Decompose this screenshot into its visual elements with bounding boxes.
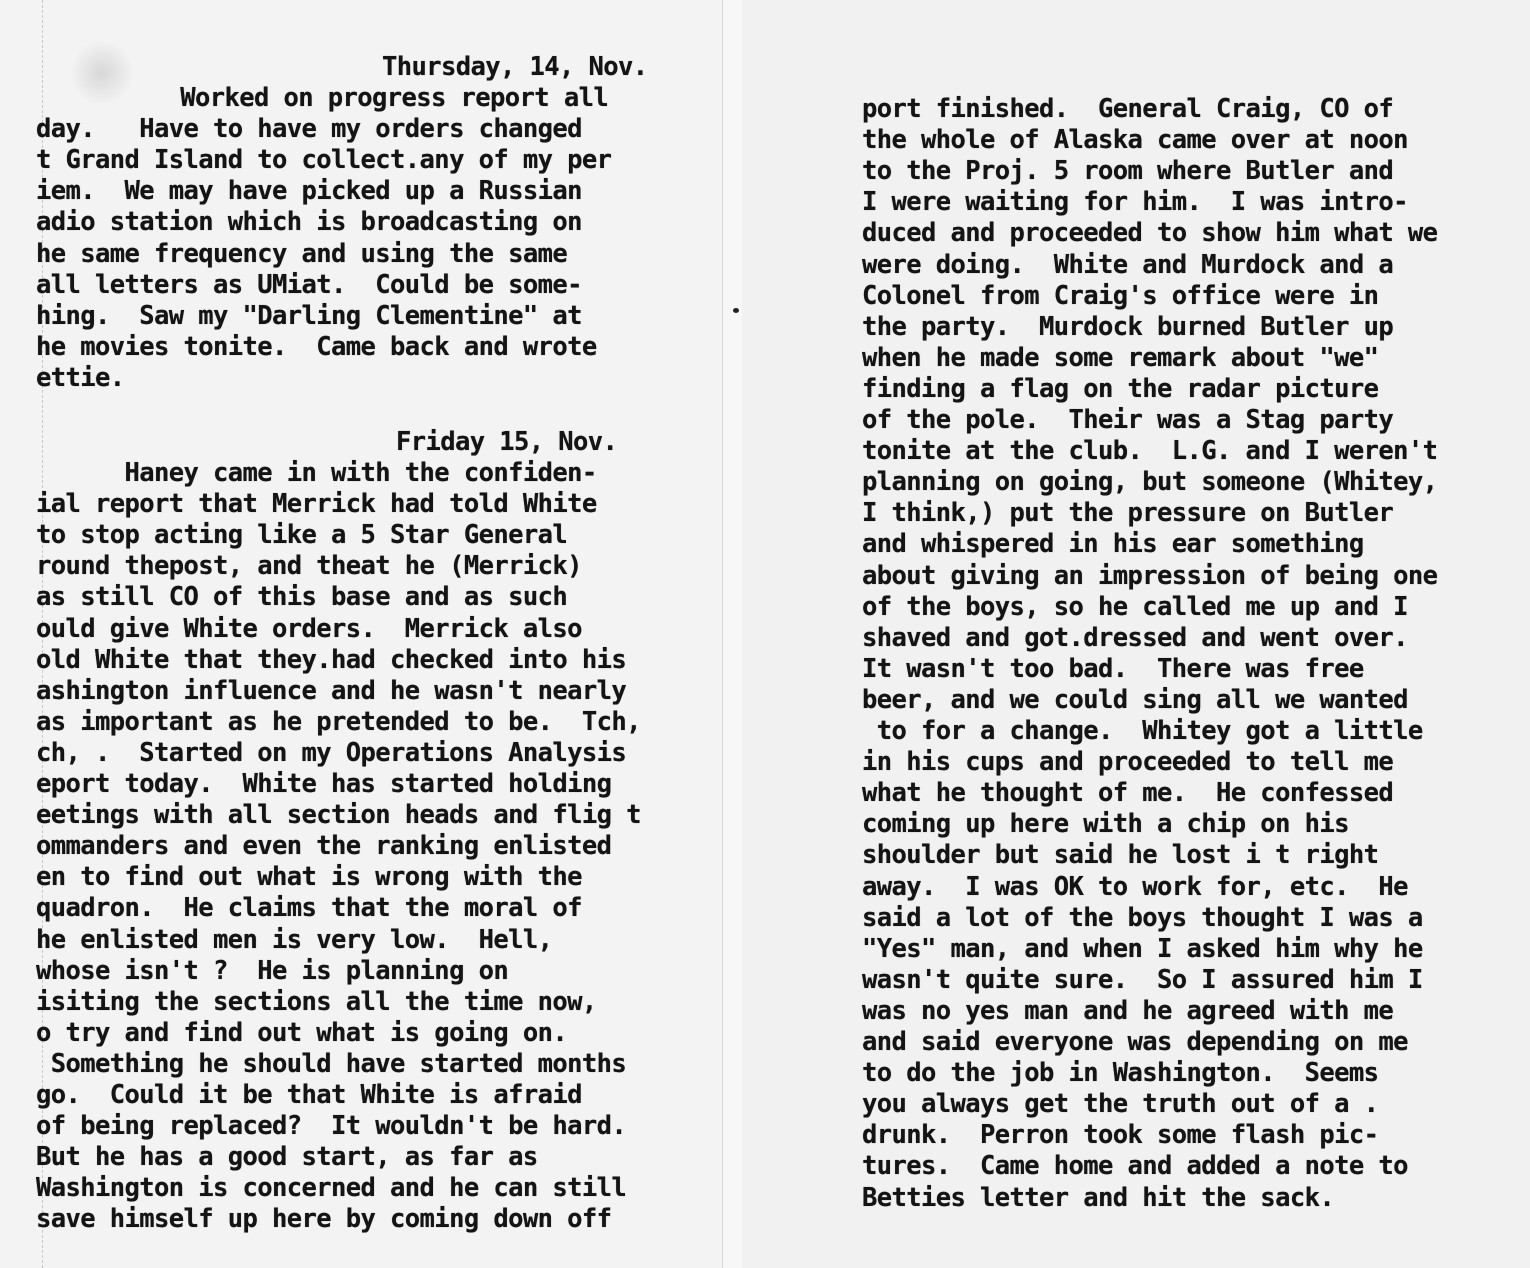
entry-line: tures. Came home and added a note to (862, 1151, 1408, 1182)
entry-line: about giving an impression of being one (862, 561, 1437, 592)
entry-line: hing. Saw my "Darling Clementine" at (36, 301, 582, 332)
entry-line: duced and proceeded to show him what we (862, 218, 1437, 249)
left-page: Thursday, 14, Nov. Worked on progress re… (0, 0, 722, 1268)
entry-line: Haney came in with the confiden- (36, 458, 597, 489)
entry-line: adio station which is broadcasting on (36, 207, 582, 238)
entry-line: to do the job in Washington. Seems (862, 1058, 1378, 1089)
entry-line: isiting the sections all the time now, (36, 987, 597, 1018)
entry-line: t Grand Island to collect.any of my per (36, 145, 611, 176)
entry-line: Colonel from Craig's office were in (862, 281, 1378, 312)
entry-line: what he thought of me. He confessed (862, 778, 1393, 809)
entry-line: ommanders and even the ranking enlisted (36, 831, 611, 862)
entry-line: were doing. White and Murdock and a (862, 250, 1393, 281)
entry-line: wasn't quite sure. So I assured him I (862, 965, 1423, 996)
entry-line: I were waiting for him. I was intro- (862, 187, 1408, 218)
entry-line: I think,) put the pressure on Butler (862, 498, 1393, 529)
entry-line: you always get the truth out of a . (862, 1089, 1378, 1120)
entry-line: Something he should have started months (36, 1049, 626, 1080)
entry-line: "Yes" man, and when I asked him why he (862, 934, 1423, 965)
entry-line: as important as he pretended to be. Tch, (36, 707, 641, 738)
entry-line: of the boys, so he called me up and I (862, 592, 1408, 623)
entry-line: and whispered in his ear something (862, 529, 1364, 560)
entry-line: en to find out what is wrong with the (36, 862, 582, 893)
entry-line: round thepost, and theat he (Merrick) (36, 551, 582, 582)
entry-line: as still CO of this base and as such (36, 582, 567, 613)
entry-line: ch, . Started on my Operations Analysis (36, 738, 626, 769)
entry-line: and said everyone was depending on me (862, 1027, 1408, 1058)
entry-line: finding a flag on the radar picture (862, 374, 1378, 405)
entry-line: ashington influence and he wasn't nearly (36, 676, 626, 707)
entry-line: ould give White orders. Merrick also (36, 614, 582, 645)
entry-line: coming up here with a chip on his (862, 809, 1349, 840)
entry-line: eport today. White has started holding (36, 769, 611, 800)
entry-line: port finished. General Craig, CO of (862, 94, 1393, 125)
entry-line: quadron. He claims that the moral of (36, 893, 582, 924)
entry-date: Thursday, 14, Nov. (382, 52, 648, 83)
entry-line: Washington is concerned and he can still (36, 1173, 626, 1204)
entry-line: he enlisted men is very low. Hell, (36, 925, 552, 956)
entry-line: old White that they.had checked into his (36, 645, 626, 676)
entry-line: the whole of Alaska came over at noon (862, 125, 1408, 156)
entry-line: drunk. Perron took some flash pic- (862, 1120, 1378, 1151)
entry-line: in his cups and proceeded to tell me (862, 747, 1393, 778)
entry-date: Friday 15, Nov. (396, 427, 617, 458)
entry-line: was no yes man and he agreed with me (862, 996, 1393, 1027)
entry-line: shaved and got.dressed and went over. (862, 623, 1408, 654)
entry-line: he movies tonite. Came back and wrote (36, 332, 597, 363)
entry-line: of the pole. Their was a Stag party (862, 405, 1393, 436)
entry-line: the party. Murdock burned Butler up (862, 312, 1393, 343)
entry-line: Betties letter and hit the sack. (862, 1183, 1334, 1214)
entry-line: But he has a good start, as far as (36, 1142, 538, 1173)
entry-line: when he made some remark about "we" (862, 343, 1378, 374)
entry-line: beer, and we could sing all we wanted (862, 685, 1408, 716)
entry-line: go. Could it be that White is afraid (36, 1080, 582, 1111)
entry-line: he same frequency and using the same (36, 239, 567, 270)
entry-line: away. I was OK to work for, etc. He (862, 872, 1408, 903)
entry-line: It wasn't too bad. There was free (862, 654, 1364, 685)
right-page: port finished. General Craig, CO ofthe w… (742, 0, 1530, 1268)
entry-line: Worked on progress report all (136, 83, 608, 114)
entry-line: shoulder but said he lost i t right (862, 840, 1378, 871)
page-gutter (722, 0, 744, 1268)
entry-line: iem. We may have picked up a Russian (36, 176, 582, 207)
ink-speck (733, 308, 739, 313)
entry-line: day. Have to have my orders changed (36, 114, 582, 145)
ink-smudge (72, 38, 132, 108)
entry-line: to the Proj. 5 room where Butler and (862, 156, 1393, 187)
entry-line: of being replaced? It wouldn't be hard. (36, 1111, 626, 1142)
entry-line: to stop acting like a 5 Star General (36, 520, 567, 551)
entry-line: save himself up here by coming down off (36, 1204, 611, 1235)
entry-line: all letters as UMiat. Could be some- (36, 270, 582, 301)
entry-line: ettie. (36, 363, 125, 394)
entry-line: said a lot of the boys thought I was a (862, 903, 1423, 934)
entry-line: o try and find out what is going on. (36, 1018, 567, 1049)
entry-line: tonite at the club. L.G. and I weren't (862, 436, 1437, 467)
entry-line: to for a change. Whitey got a little (862, 716, 1423, 747)
entry-line: ial report that Merrick had told White (36, 489, 597, 520)
entry-line: whose isn't ? He is planning on (36, 956, 508, 987)
entry-line: eetings with all section heads and flig … (36, 800, 641, 831)
entry-line: planning on going, but someone (Whitey, (862, 467, 1437, 498)
